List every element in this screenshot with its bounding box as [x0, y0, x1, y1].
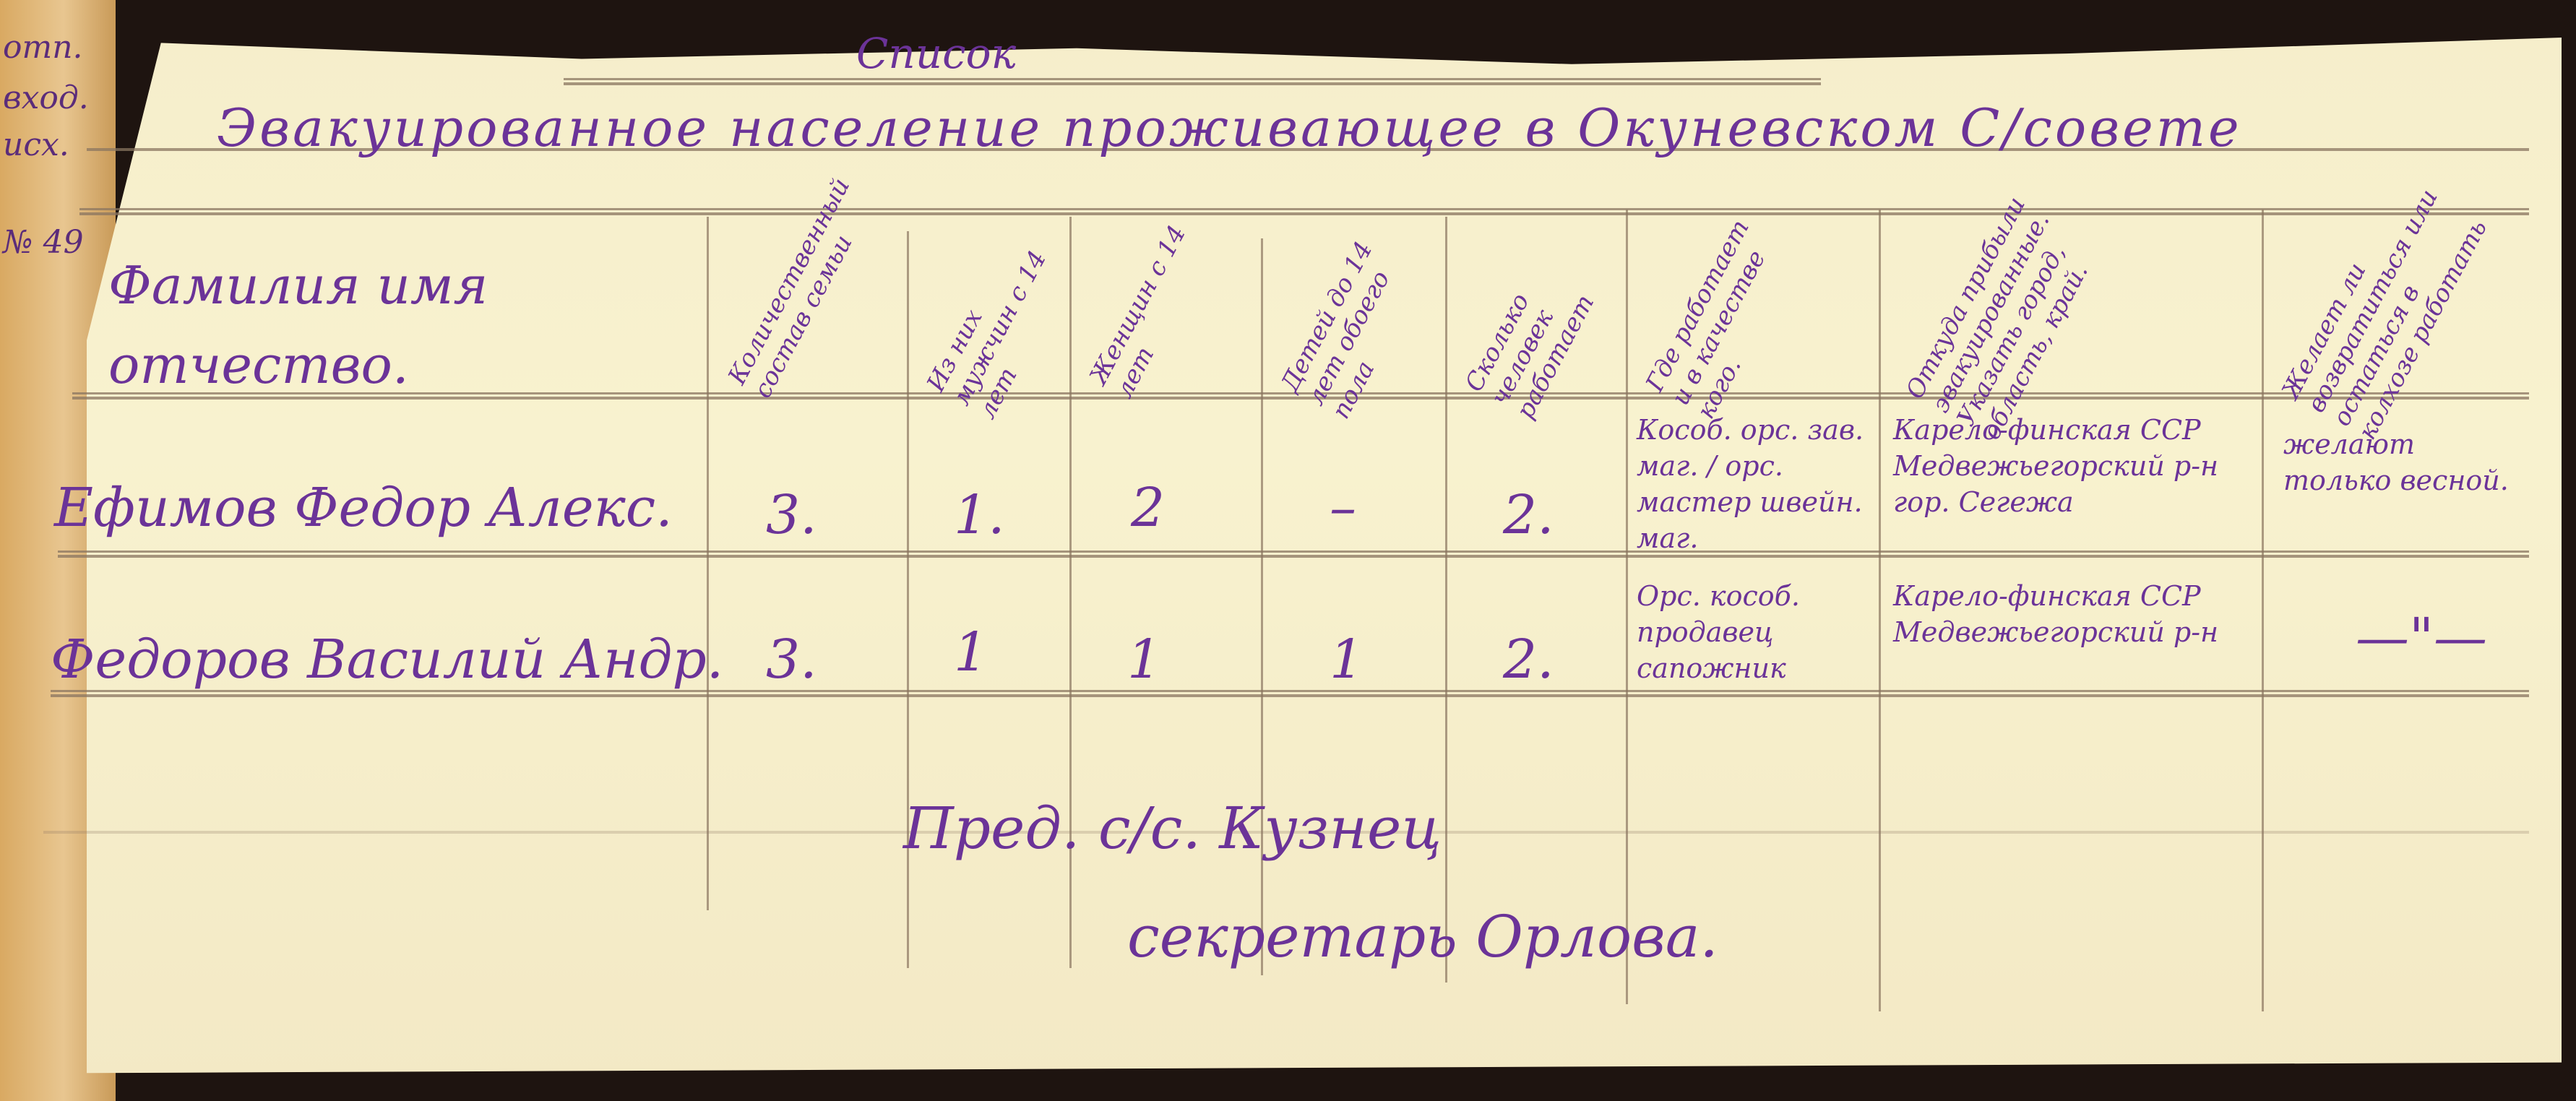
chairman-signature: Пред. с/с. Кузнец [903, 795, 1442, 862]
cell-workplace: Орс. кособ. продавец сапожник [1637, 578, 1875, 686]
heading-underline [564, 78, 1821, 85]
cell-origin: Карело-финская ССР Медвежьегорский р-н [1893, 578, 2254, 650]
cell-name: Федоров Василий Андр. [51, 629, 723, 691]
cell-children: – [1330, 477, 1356, 539]
row-1-rule [58, 550, 2529, 558]
document-title: Эвакуированное население проживающее в О… [217, 98, 2242, 158]
cell-family-size: 3. [766, 629, 817, 691]
column-divider [1445, 217, 1447, 983]
cell-working: 2. [1503, 484, 1554, 546]
row-2-rule [51, 690, 2529, 697]
cell-family-size: 3. [766, 484, 817, 546]
cell-wish: желают только весной. [2283, 426, 2522, 498]
cell-men: 1. [954, 484, 1005, 546]
column-divider [2262, 210, 2264, 1011]
cell-women: 1 [1127, 629, 1161, 691]
cell-origin: Карело-финская ССР Медвежьегорский р-н г… [1893, 412, 2254, 520]
margin-note: № 49 [3, 224, 84, 261]
secretary-signature: секретарь Орлова. [1127, 903, 1718, 970]
cell-children: 1 [1330, 629, 1364, 691]
cell-wish: —"— [2356, 607, 2487, 669]
column-header-name: Фамилия имя отчество. [108, 246, 723, 405]
header-top-rule [79, 208, 2529, 215]
cell-name: Ефимов Федор Алекс. [54, 477, 673, 539]
column-divider [1626, 210, 1628, 1004]
margin-note: отп. [3, 29, 83, 66]
cell-workplace: Кособ. орс. зав. маг. / орс. мастер швей… [1637, 412, 1875, 556]
cell-men: 1 [954, 621, 988, 683]
document-heading: Список [856, 29, 1016, 78]
cell-working: 2. [1503, 629, 1554, 691]
cell-women: 2 [1131, 477, 1165, 539]
column-divider [1879, 210, 1881, 1011]
margin-note: вход. [3, 79, 89, 116]
column-divider [1261, 238, 1263, 975]
margin-note: исх. [3, 126, 69, 163]
